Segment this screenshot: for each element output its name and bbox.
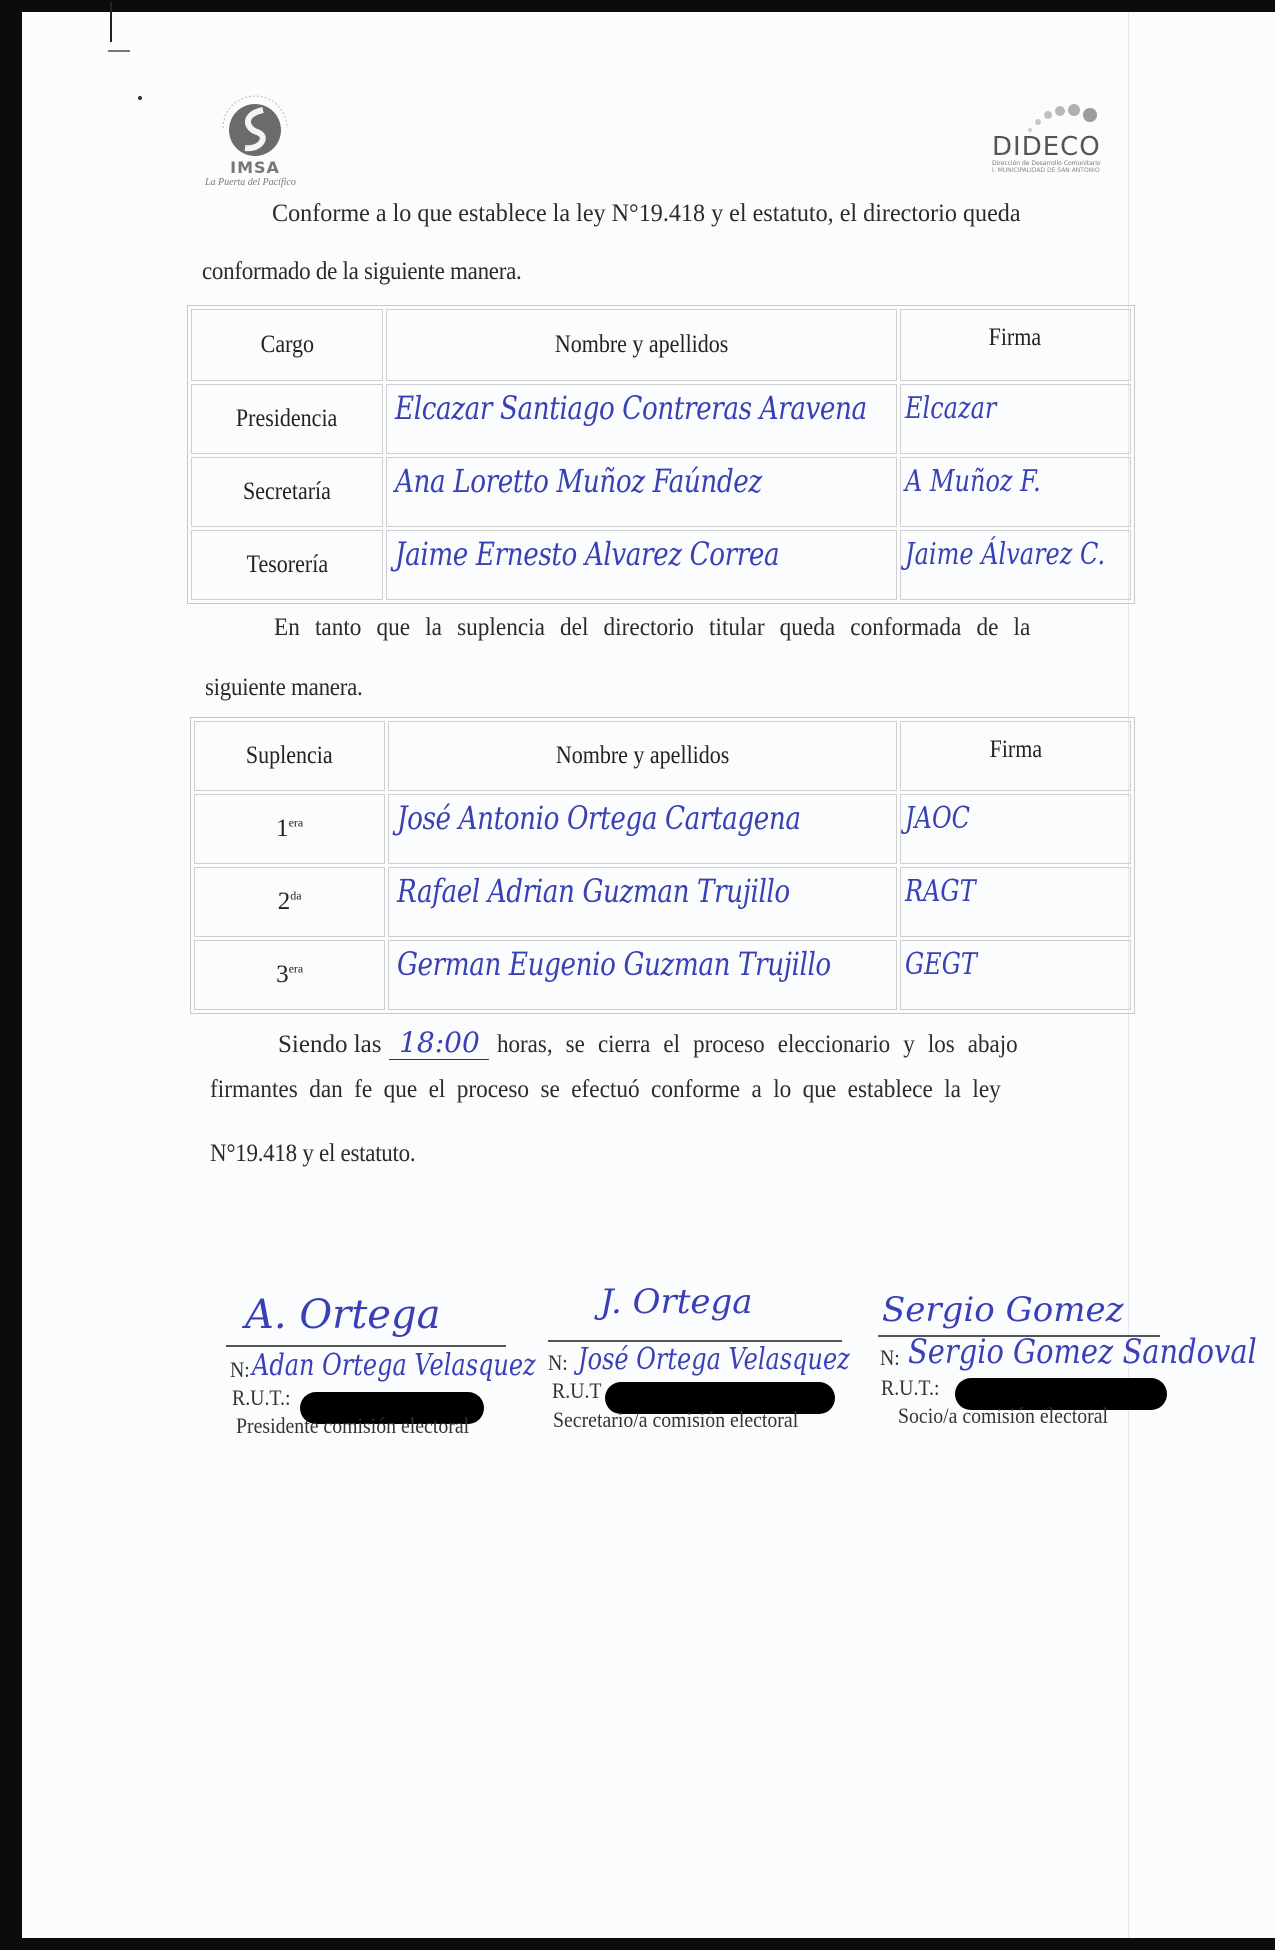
rut-label: R.U.T.: (881, 1375, 939, 1401)
cargo-cell: Secretaría (191, 457, 383, 527)
table-header-row: Cargo Nombre y apellidos Firma (191, 309, 1131, 381)
cargo-cell: Tesorería (191, 530, 383, 600)
table-header-row: Suplencia Nombre y apellidos Firma (194, 721, 1131, 791)
table-row: Secretaría Ana Loretto Muñoz Faúndez A M… (191, 457, 1131, 527)
firma-cell: Elcazar (900, 384, 1132, 454)
directorio-table: Cargo Nombre y apellidos Firma Presidenc… (187, 305, 1135, 604)
nombre-cell: Rafael Adrian Guzman Trujillo (388, 867, 897, 937)
imsa-tagline: La Puerta del Pacífico (205, 177, 296, 188)
scan-artifact (108, 44, 130, 52)
scan-artifact (110, 2, 112, 42)
nombre-cell: José Antonio Ortega Cartagena (388, 794, 897, 864)
handwritten-name: German Eugenio Guzman Trujillo (397, 945, 831, 983)
dideco-name: DIDECO (992, 134, 1120, 160)
n-label: N: (548, 1350, 568, 1376)
closing-paragraph-line2: firmantes dan fe que el proceso se efect… (210, 1076, 1126, 1104)
dideco-logo: DIDECO Dirección de Desarrollo Comunitar… (990, 100, 1120, 180)
table-row: 1era José Antonio Ortega Cartagena JAOC (194, 794, 1131, 864)
suplencia-cell: 2da (194, 867, 385, 937)
dideco-line1: Dirección de Desarrollo Comunitario (992, 160, 1120, 167)
header-nombre: Nombre y apellidos (388, 721, 897, 791)
signature: Jaime Álvarez C. (905, 537, 1105, 572)
imsa-logo: IMSA (200, 88, 310, 188)
header-firma: Firma (900, 309, 1132, 381)
firma-cell: RAGT (900, 867, 1131, 937)
header-nombre: Nombre y apellidos (386, 309, 897, 381)
firma-cell: GEGT (900, 940, 1131, 1010)
dideco-line2: I. MUNICIPALIDAD DE SAN ANTONIO (992, 167, 1120, 174)
firma-cell: A Muñoz F. (900, 457, 1132, 527)
intro-paragraph-line2: conformado de la siguiente manera. (202, 258, 522, 286)
suplencia-cell: 1era (194, 794, 385, 864)
handwritten-name: Rafael Adrian Guzman Trujillo (397, 872, 790, 910)
handwritten-name: Elcazar Santiago Contreras Aravena (395, 389, 867, 427)
table-row: 2da Rafael Adrian Guzman Trujillo RAGT (194, 867, 1131, 937)
closing-paragraph-line3: N°19.418 y el estatuto. (210, 1140, 415, 1168)
handwritten-name: Ana Loretto Muñoz Faúndez (395, 462, 762, 500)
handwritten-name: Jaime Ernesto Alvarez Correa (395, 535, 779, 573)
signature: A Muñoz F. (905, 464, 1041, 499)
table-row: 3era German Eugenio Guzman Trujillo GEGT (194, 940, 1131, 1010)
n-label: N: (880, 1345, 900, 1371)
suplencia-paragraph-line2: siguiente manera. (205, 674, 363, 702)
signatory-name: Sergio Gomez Sandoval (908, 1332, 1257, 1372)
signatory-role: Presidente comisión electoral (236, 1413, 469, 1439)
cargo-cell: Presidencia (191, 384, 383, 454)
firma-cell: JAOC (900, 794, 1131, 864)
signature-socio: Sergio Gomez (882, 1290, 1124, 1330)
handwritten-name: José Antonio Ortega Cartagena (397, 799, 801, 837)
rut-label: R.U.T.: (232, 1385, 290, 1411)
suplencia-paragraph-line1: En tanto que la suplencia del directorio… (274, 614, 1120, 642)
signatory-name: José Ortega Velasquez (578, 1342, 850, 1377)
signature-presidente: A. Ortega (245, 1292, 440, 1338)
nombre-cell: Elcazar Santiago Contreras Aravena (386, 384, 897, 454)
signature: Elcazar (905, 391, 996, 426)
nombre-cell: Jaime Ernesto Alvarez Correa (386, 530, 897, 600)
signature: RAGT (905, 874, 976, 909)
scan-artifact (138, 96, 142, 100)
intro-paragraph-line1: Conforme a lo que establece la ley N°19.… (272, 200, 1120, 228)
imsa-logo-icon (215, 88, 295, 160)
n-label: N: (230, 1357, 250, 1383)
dideco-logo-icon (990, 100, 1120, 134)
header-suplencia: Suplencia (194, 721, 385, 791)
firma-cell: Jaime Álvarez C. (900, 530, 1132, 600)
nombre-cell: Ana Loretto Muñoz Faúndez (386, 457, 897, 527)
closing-time: 18:00 (389, 1026, 489, 1060)
header-cargo: Cargo (191, 309, 383, 381)
signatory-name: Adan Ortega Velasquez (252, 1348, 536, 1383)
rut-label: R.U.T (552, 1378, 602, 1404)
signature: GEGT (905, 947, 977, 982)
closing-paragraph-line1: Siendo las 18:00 horas, se cierra el pro… (278, 1026, 1126, 1060)
table-row: Tesorería Jaime Ernesto Alvarez Correa J… (191, 530, 1131, 600)
suplencia-cell: 3era (194, 940, 385, 1010)
nombre-cell: German Eugenio Guzman Trujillo (388, 940, 897, 1010)
signatory-role: Secretario/a comisión electoral (553, 1407, 798, 1433)
signature: JAOC (905, 801, 970, 836)
table-row: Presidencia Elcazar Santiago Contreras A… (191, 384, 1131, 454)
suplencia-table: Suplencia Nombre y apellidos Firma 1era … (190, 717, 1135, 1014)
signature-line (226, 1345, 506, 1347)
imsa-name: IMSA (200, 158, 310, 177)
signatory-role: Socio/a comisión electoral (898, 1403, 1108, 1429)
header-firma: Firma (900, 721, 1131, 791)
signature-secretario: J. Ortega (600, 1282, 753, 1322)
